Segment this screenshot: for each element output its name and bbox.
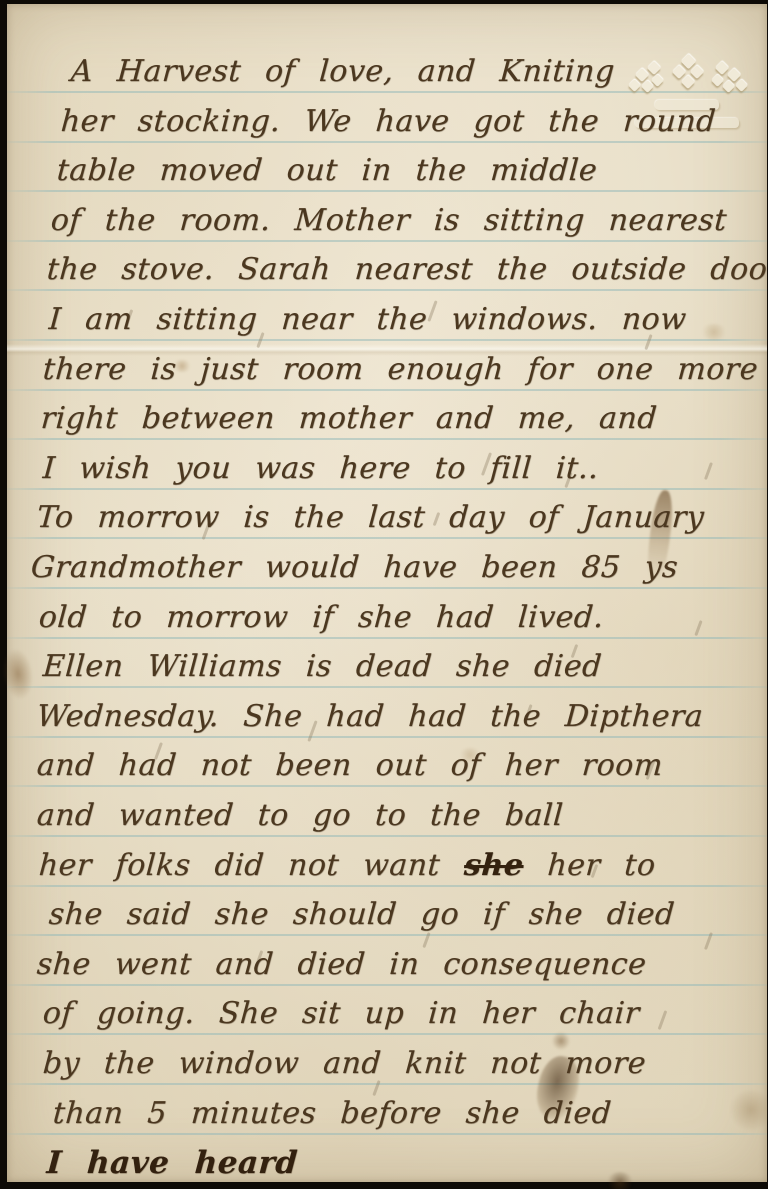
handwritten-text: A Harvest of love, and Knitingher stocki… <box>7 4 767 1182</box>
handwritten-line: table moved out in the middle <box>55 145 599 197</box>
handwritten-line: Ellen Williams is dead she died <box>41 641 604 693</box>
handwritten-line: I wish you was here to fill it.. <box>41 443 600 495</box>
handwritten-line: than 5 minutes before she died <box>51 1088 613 1140</box>
handwritten-line: I am sitting near the windows. now <box>47 294 688 346</box>
handwritten-line: the stove. Sarah nearest the outside doo… <box>45 244 768 296</box>
handwritten-line: she said she should go if she died <box>47 889 677 941</box>
line-text: her folks did not want <box>38 848 466 883</box>
handwritten-line: A Harvest of love, and Kniting <box>69 46 617 98</box>
struck-word: she <box>463 848 525 883</box>
handwritten-line: of the room. Mother is sitting nearest <box>49 195 729 247</box>
handwritten-line: and had not been out of her room <box>35 740 665 792</box>
handwritten-line: and wanted to go to the ball <box>35 790 565 842</box>
handwritten-line: I have heard <box>45 1137 299 1189</box>
line-text: her to <box>522 848 657 883</box>
handwritten-line: by the window and knit not more <box>41 1038 648 1090</box>
handwritten-line: To morrow is the last day of January <box>35 492 706 544</box>
handwritten-line: right between mother and me, and <box>39 393 659 445</box>
handwritten-line: her stocking. We have got the round <box>59 96 718 148</box>
handwritten-line: of going. She sit up in her chair <box>41 988 641 1040</box>
handwritten-line: old to morrow if she had lived. <box>37 592 605 644</box>
handwritten-line: her folks did not want she her to <box>37 840 657 892</box>
handwritten-line: she went and died in consequence <box>35 939 648 991</box>
handwritten-line: Grandmother would have been 85 ys <box>29 542 680 594</box>
letter-page: A Harvest of love, and Knitingher stocki… <box>7 4 767 1182</box>
scanned-letter-photo: A Harvest of love, and Knitingher stocki… <box>0 0 768 1189</box>
handwritten-line: there is just room enough for one more <box>41 344 760 396</box>
handwritten-line: Wednesday. She had had the Dipthera <box>35 691 705 743</box>
